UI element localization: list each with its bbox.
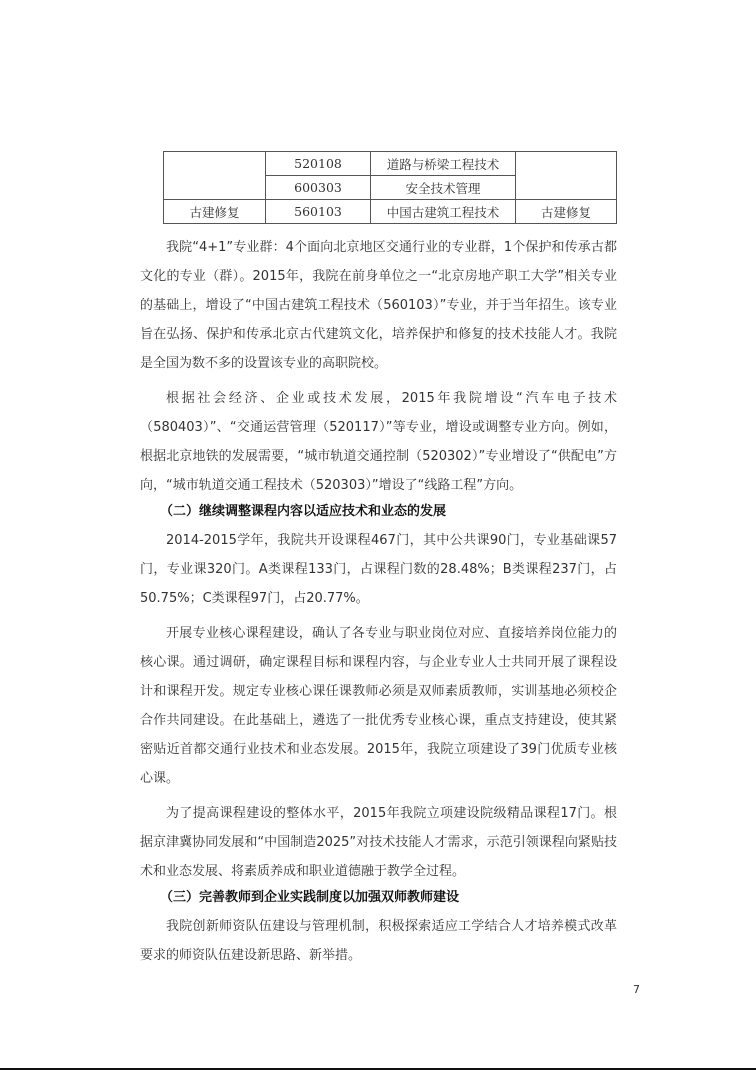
majors-table: 520108 道路与桥梁工程技术 600303 安全技术管理 古建修复 5601… (163, 151, 617, 224)
table-cell-code: 600303 (266, 176, 371, 200)
table-cell-direction: 古建修复 (516, 200, 617, 224)
paragraph: 为了提高课程建设的整体水平，2015年我院立项建设院级精品课程17门。根据京津冀… (140, 799, 617, 886)
page-number: 7 (633, 983, 640, 996)
table-row: 古建修复 560103 中国古建筑工程技术 古建修复 (164, 200, 617, 224)
table-cell-name: 道路与桥梁工程技术 (371, 152, 516, 176)
section-heading: （三）完善教师到企业实践制度以加强双师教师建设 (140, 883, 617, 912)
table-cell-group (164, 152, 266, 200)
paragraph: 2014-2015学年，我院共开设课程467门，其中公共课90门，专业基础课57… (140, 526, 617, 613)
document-page: 520108 道路与桥梁工程技术 600303 安全技术管理 古建修复 5601… (0, 0, 756, 1070)
table-cell-name: 安全技术管理 (371, 176, 516, 200)
body-text: 我院“4+1”专业群：4个面向北京地区交通行业的专业群，1个保护和传承古都文化的… (140, 233, 617, 970)
paragraph: 根据社会经济、企业或技术发展，2015年我院增设“汽车电子技术（580403）”… (140, 384, 617, 500)
table-cell-name: 中国古建筑工程技术 (371, 200, 516, 224)
paragraph: 我院创新师资队伍建设与管理机制，积极探索适应工学结合人才培养模式改革要求的师资队… (140, 912, 617, 970)
table-cell-group: 古建修复 (164, 200, 266, 224)
table-row: 520108 道路与桥梁工程技术 (164, 152, 617, 176)
section-heading: （二）继续调整课程内容以适应技术和业态的发展 (140, 497, 617, 526)
table-cell-code: 520108 (266, 152, 371, 176)
paragraph: 我院“4+1”专业群：4个面向北京地区交通行业的专业群，1个保护和传承古都文化的… (140, 233, 617, 378)
table-cell-direction (516, 152, 617, 200)
paragraph: 开展专业核心课程建设，确认了各专业与职业岗位对应、直接培养岗位能力的核心课。通过… (140, 619, 617, 793)
table-cell-code: 560103 (266, 200, 371, 224)
